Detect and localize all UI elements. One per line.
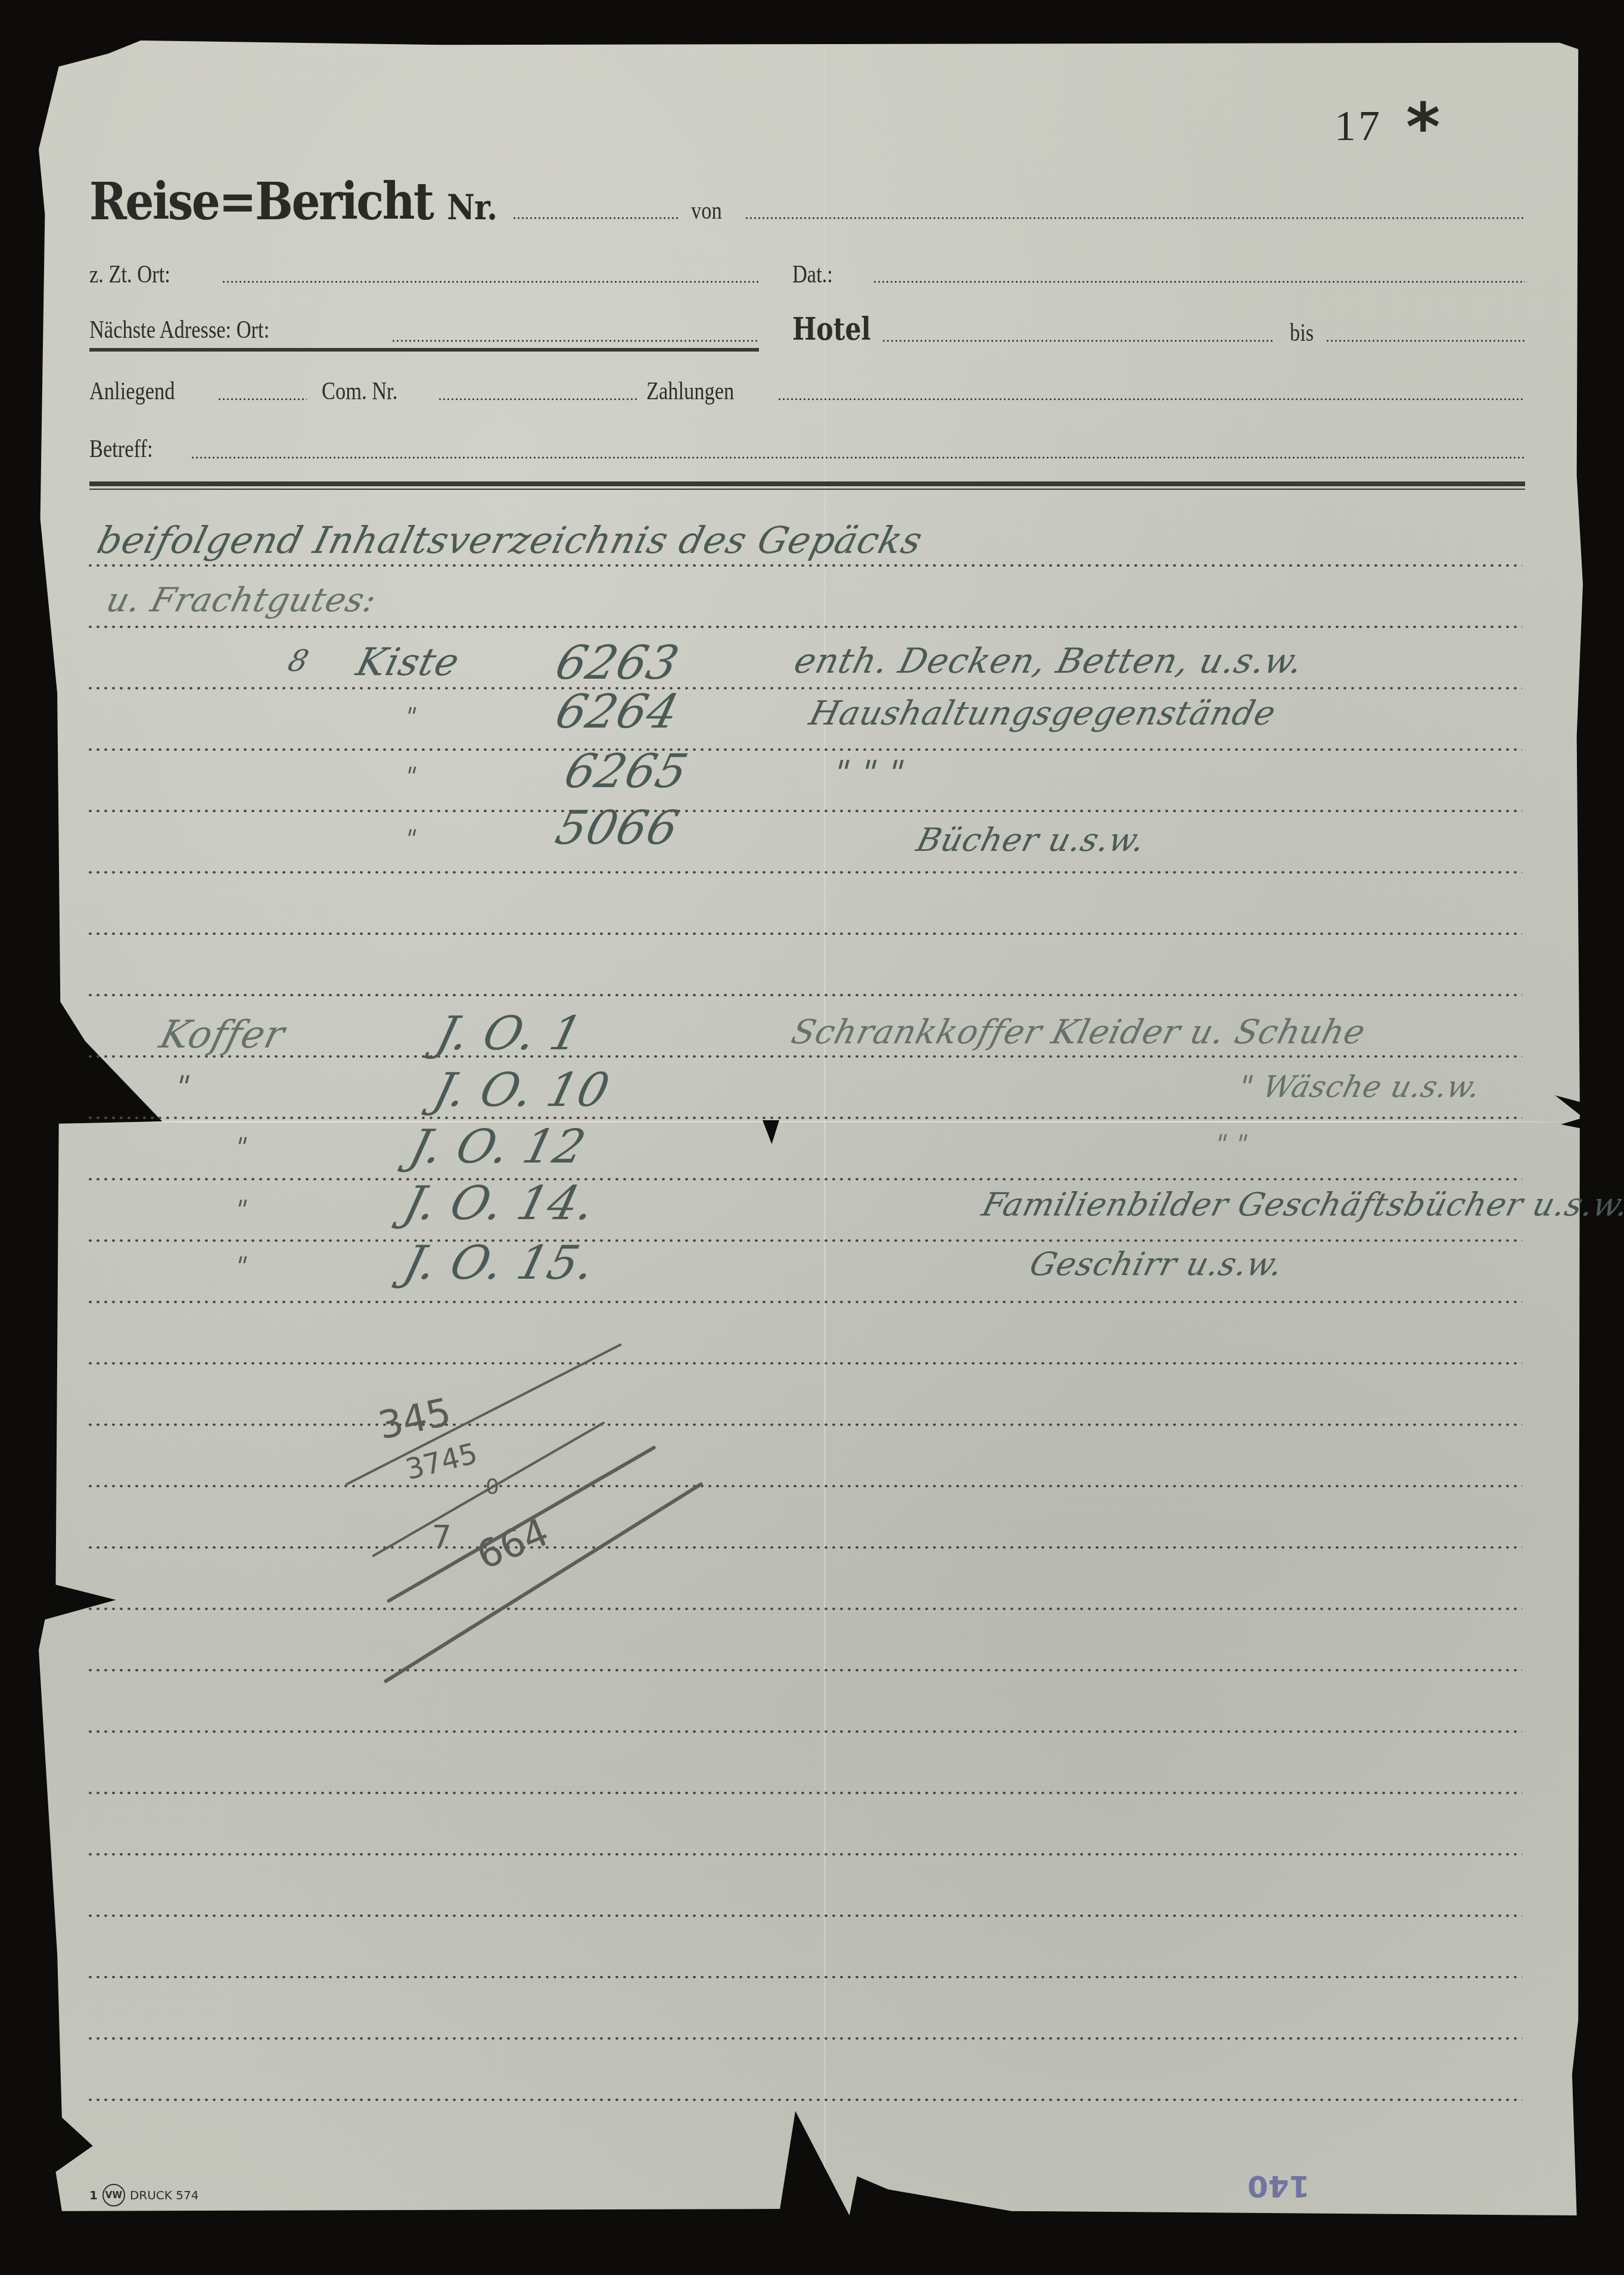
ruled-line — [86, 1853, 1522, 1856]
ruled-line — [86, 748, 1522, 751]
hotel-label: Hotel — [792, 311, 871, 347]
current-location-field[interactable] — [222, 281, 759, 283]
crate-number: 6264 — [550, 685, 685, 739]
ruled-line — [86, 1178, 1522, 1180]
crate-type: Kiste — [352, 641, 464, 685]
form-title-row: Reise=Bericht Nr. — [89, 172, 1525, 237]
date-field[interactable] — [873, 281, 1525, 283]
crate-contents: Bücher u.s.w. — [913, 821, 1149, 859]
ruled-line — [86, 933, 1522, 935]
nr-field[interactable] — [512, 217, 679, 219]
suitcase-number: J. O. 15. — [399, 1236, 601, 1290]
ruled-line — [86, 1976, 1522, 1978]
until-label: bis — [1290, 319, 1314, 347]
ruled-line — [86, 1792, 1522, 1794]
current-location-label: z. Zt. Ort: — [89, 260, 170, 289]
ruled-line — [86, 564, 1522, 567]
payments-label: Zahlungen — [646, 377, 734, 406]
printer-imprint: 1 VW DRUCK 574 — [89, 2184, 198, 2206]
handwritten-intro-line-2: u. Frachtgutes: — [102, 581, 381, 620]
ruled-line — [86, 1239, 1522, 1242]
suitcase-contents: " Wäsche u.s.w. — [1235, 1070, 1485, 1104]
suitcase-number: J. O. 14. — [399, 1177, 601, 1230]
commission-nr-label: Com. Nr. — [322, 377, 397, 406]
next-address-label: Nächste Adresse: Ort: — [89, 316, 269, 344]
ruled-line — [86, 1362, 1522, 1365]
ruled-line — [86, 1055, 1522, 1058]
suitcase-number: J. O. 1 — [431, 1007, 588, 1061]
printer-line-number: 1 — [89, 2188, 98, 2202]
ruled-line — [86, 810, 1522, 812]
header-divider-thick — [89, 481, 1525, 486]
ruled-line — [86, 1424, 1522, 1426]
ruled-line — [86, 1608, 1522, 1610]
ruled-line — [86, 1669, 1522, 1671]
next-address-field[interactable] — [391, 340, 759, 342]
form-title: Reise=Bericht Nr. — [89, 172, 497, 232]
horizontal-fold-crease — [39, 1121, 1583, 1123]
ruled-line — [86, 1915, 1522, 1917]
crate-number: 6265 — [559, 745, 693, 798]
ruled-line — [86, 1485, 1522, 1487]
crate-number: 5066 — [550, 801, 685, 855]
crate-number: 6263 — [550, 636, 685, 690]
vertical-fold-crease — [824, 41, 826, 2215]
asterisk-mark: * — [1406, 89, 1441, 166]
ruled-line — [86, 2037, 1522, 2040]
archive-stamp-number: 140 — [1247, 2169, 1309, 2203]
sheet-number: 17 — [1334, 101, 1382, 151]
suitcase-type: Koffer — [155, 1013, 290, 1057]
date-label: Dat.: — [792, 260, 833, 289]
ruled-line — [86, 1546, 1522, 1549]
document-sheet — [39, 41, 1583, 2215]
crate-contents: " " " — [829, 754, 909, 792]
suitcase-contents: Schrankkoffer Kleider u. Schuhe — [788, 1013, 1370, 1052]
title-text: Reise=Bericht — [89, 172, 433, 232]
printer-text: DRUCK 574 — [130, 2188, 199, 2202]
subject-field[interactable] — [191, 456, 1525, 459]
crate-contents: enth. Decken, Betten, u.s.w. — [791, 641, 1308, 681]
enclosed-field[interactable] — [217, 398, 307, 400]
until-field[interactable] — [1326, 340, 1525, 342]
suitcase-number: J. O. 10 — [428, 1064, 615, 1117]
ruled-line — [86, 1730, 1522, 1733]
ruled-line — [86, 994, 1522, 996]
crate-contents: Haushaltungsgegenstände — [805, 694, 1280, 733]
header-divider-thin — [89, 489, 1525, 490]
ruled-line — [86, 871, 1522, 874]
hotel-field[interactable] — [882, 340, 1275, 342]
payments-field[interactable] — [777, 398, 1525, 400]
ruled-line — [86, 1117, 1522, 1119]
ruled-line — [86, 1301, 1522, 1303]
commission-nr-field[interactable] — [438, 398, 637, 400]
title-nr-label: Nr. — [447, 187, 497, 228]
enclosed-label: Anliegend — [89, 377, 175, 406]
suitcase-contents: Geschirr u.s.w. — [1026, 1245, 1287, 1283]
suitcase-number: J. O. 12 — [405, 1120, 591, 1174]
ruled-line — [86, 687, 1522, 689]
ruled-line — [86, 2099, 1522, 2101]
suitcase-contents: Familienbilder Geschäftsbücher u.s.w. — [978, 1186, 1624, 1223]
vw-logo-icon: VW — [102, 2184, 125, 2206]
von-label: von — [691, 197, 722, 225]
next-address-underline — [89, 348, 759, 352]
pencil-number-seven: 7 — [432, 1519, 452, 1555]
von-field[interactable] — [745, 217, 1525, 219]
handwritten-intro-line-1: beifolgend Inhaltsverzeichnis des Gepäck… — [93, 518, 927, 562]
ruled-line — [86, 626, 1522, 628]
subject-label: Betreff: — [89, 435, 153, 464]
